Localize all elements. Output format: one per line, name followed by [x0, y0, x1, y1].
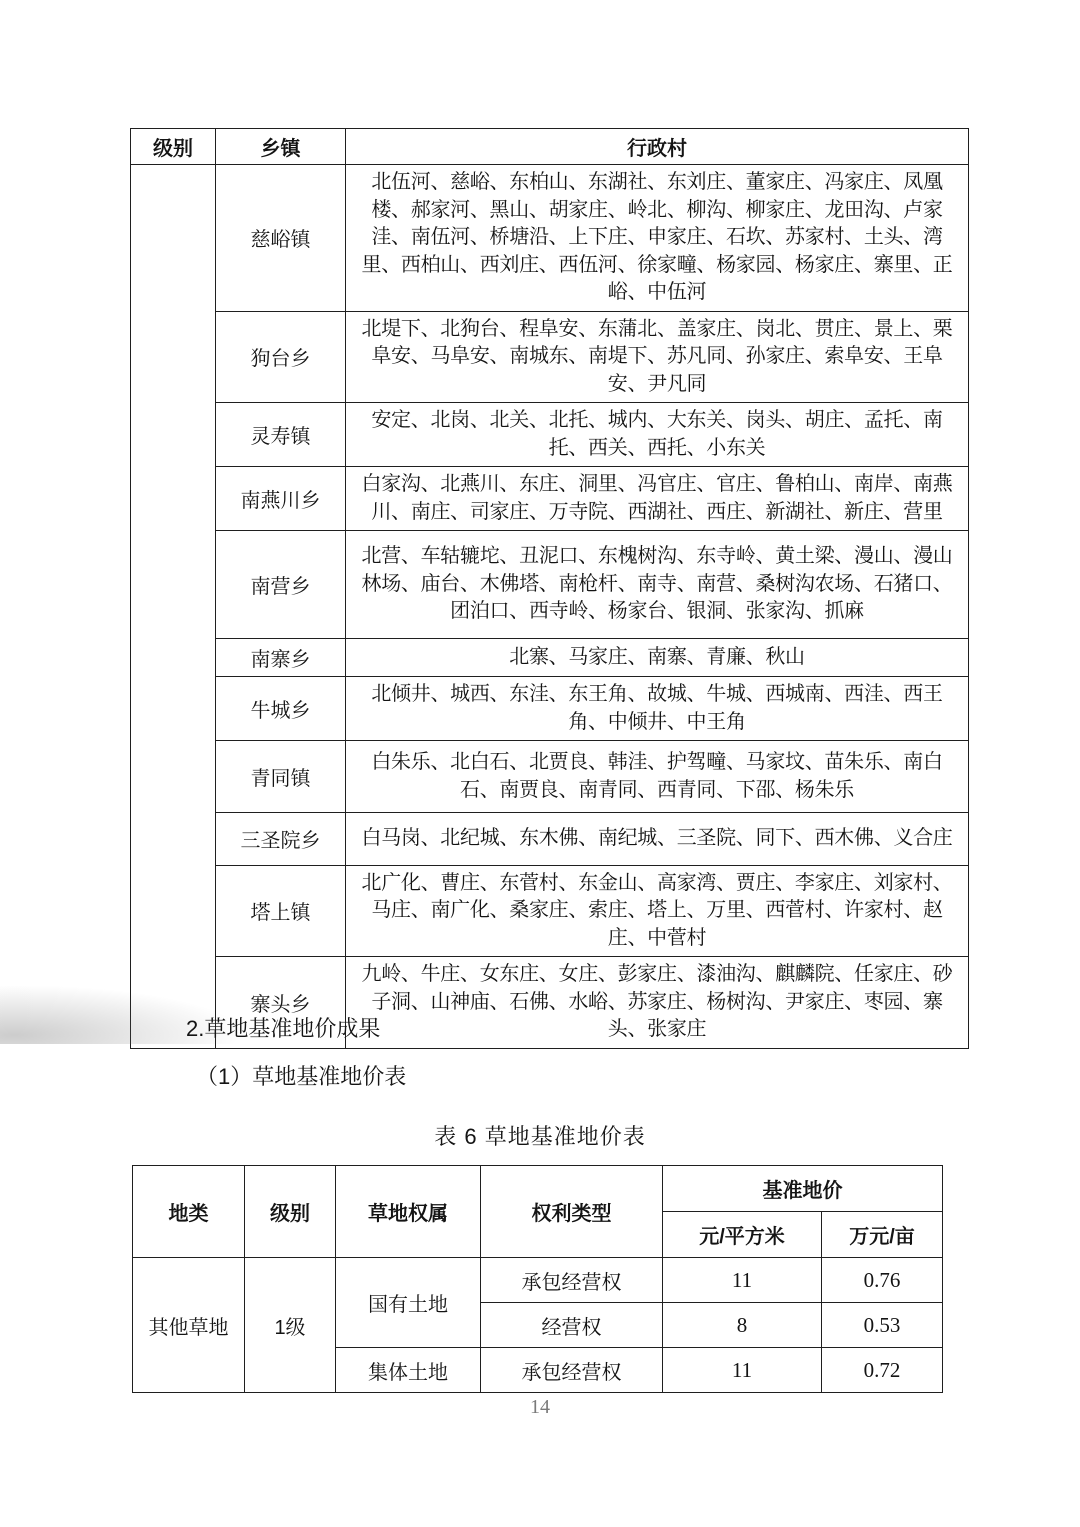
- village-row: 南燕川乡 白家沟、北燕川、东庄、洞里、冯官庄、官庄、鲁柏山、南岸、南燕川、南庄、…: [131, 467, 969, 531]
- col-header-township: 乡镇: [216, 129, 346, 165]
- village-row: 青同镇 白朱乐、北白石、北贾良、韩洼、护驾疃、马家坟、苗朱乐、南白石、南贾良、南…: [131, 741, 969, 813]
- villages-cell: 白朱乐、北白石、北贾良、韩洼、护驾疃、马家坟、苗朱乐、南白石、南贾良、南青同、西…: [346, 741, 969, 813]
- villages-cell: 安定、北岗、北关、北托、城内、大东关、岗头、胡庄、孟托、南托、西关、西托、小东关: [346, 403, 969, 467]
- village-row: 南寨乡 北寨、马家庄、南寨、青廉、秋山: [131, 638, 969, 677]
- village-table-header-row: 级别 乡镇 行政村: [131, 129, 969, 165]
- price-table: 地类 级别 草地权属 权利类型 基准地价 元/平方米 万元/亩 其他草地 1级 …: [132, 1165, 943, 1393]
- villages-cell: 北倾井、城西、东洼、东王角、故城、牛城、西城南、西洼、西王角、中倾井、中王角: [346, 677, 969, 741]
- level-merged-cell: [131, 165, 216, 1049]
- col-header-level: 级别: [131, 129, 216, 165]
- price-table-caption: 表 6 草地基准地价表: [0, 1120, 1080, 1151]
- township-cell: 塔上镇: [216, 865, 346, 957]
- village-row: 灵寿镇 安定、北岗、北关、北托、城内、大东关、岗头、胡庄、孟托、南托、西关、西托…: [131, 403, 969, 467]
- township-cell: 狗台乡: [216, 311, 346, 403]
- level-cell: 1级: [245, 1258, 336, 1393]
- price-table-header-row-1: 地类 级别 草地权属 权利类型 基准地价: [133, 1166, 943, 1212]
- col-header-unit-sqm: 元/平方米: [663, 1212, 822, 1258]
- price-sqm-cell: 8: [663, 1303, 822, 1348]
- price-row: 其他草地 1级 国有土地 承包经营权 11 0.76: [133, 1258, 943, 1303]
- col-header-ownership: 草地权属: [336, 1166, 481, 1258]
- col-header-unit-mu: 万元/亩: [822, 1212, 943, 1258]
- township-cell: 青同镇: [216, 741, 346, 813]
- villages-cell: 九岭、牛庄、女东庄、女庄、彭家庄、漆油沟、麒麟院、任家庄、砂子洞、山神庙、石佛、…: [346, 957, 969, 1049]
- right-type-cell: 经营权: [481, 1303, 663, 1348]
- land-type-cell: 其他草地: [133, 1258, 245, 1393]
- col-header-level: 级别: [245, 1166, 336, 1258]
- village-row: 慈峪镇 北伍河、慈峪、东柏山、东湖社、东刘庄、董家庄、冯家庄、凤凰楼、郝家河、黑…: [131, 165, 969, 312]
- price-sqm-cell: 11: [663, 1258, 822, 1303]
- price-sqm-cell: 11: [663, 1348, 822, 1393]
- villages-cell: 北伍河、慈峪、东柏山、东湖社、东刘庄、董家庄、冯家庄、凤凰楼、郝家河、黑山、胡家…: [346, 165, 969, 312]
- villages-cell: 白马岗、北纪城、东木佛、南纪城、三圣院、同下、西木佛、义合庄: [346, 813, 969, 866]
- township-cell: 牛城乡: [216, 677, 346, 741]
- col-header-benchmark-price: 基准地价: [663, 1166, 943, 1212]
- ownership-cell: 国有土地: [336, 1258, 481, 1348]
- village-row: 狗台乡 北堤下、北狗台、程阜安、东蒲北、盖家庄、岗北、贯庄、景上、栗阜安、马阜安…: [131, 311, 969, 403]
- villages-cell: 北广化、曹庄、东菅村、东金山、高家湾、贾庄、李家庄、刘家村、马庄、南广化、桑家庄…: [346, 865, 969, 957]
- section-heading: 2.草地基准地价成果: [186, 1012, 380, 1043]
- price-mu-cell: 0.72: [822, 1348, 943, 1393]
- villages-cell: 北堤下、北狗台、程阜安、东蒲北、盖家庄、岗北、贯庄、景上、栗阜安、马阜安、南城东…: [346, 311, 969, 403]
- col-header-land-type: 地类: [133, 1166, 245, 1258]
- township-cell: 慈峪镇: [216, 165, 346, 312]
- ownership-cell: 集体土地: [336, 1348, 481, 1393]
- document-page: { "colors": { "text": "#141414", "table_…: [0, 0, 1080, 1527]
- right-type-cell: 承包经营权: [481, 1348, 663, 1393]
- villages-cell: 北营、车轱辘坨、丑泥口、东槐树沟、东寺岭、黄土梁、漫山、漫山林场、庙台、木佛塔、…: [346, 531, 969, 639]
- township-cell: 南营乡: [216, 531, 346, 639]
- col-header-right-type: 权利类型: [481, 1166, 663, 1258]
- price-mu-cell: 0.53: [822, 1303, 943, 1348]
- price-mu-cell: 0.76: [822, 1258, 943, 1303]
- township-cell: 三圣院乡: [216, 813, 346, 866]
- township-cell: 灵寿镇: [216, 403, 346, 467]
- township-cell: 南燕川乡: [216, 467, 346, 531]
- page-number: 14: [0, 1396, 1080, 1419]
- township-cell: 南寨乡: [216, 638, 346, 677]
- right-type-cell: 承包经营权: [481, 1258, 663, 1303]
- village-row: 南营乡 北营、车轱辘坨、丑泥口、东槐树沟、东寺岭、黄土梁、漫山、漫山林场、庙台、…: [131, 531, 969, 639]
- col-header-village: 行政村: [346, 129, 969, 165]
- village-row: 牛城乡 北倾井、城西、东洼、东王角、故城、牛城、西城南、西洼、西王角、中倾井、中…: [131, 677, 969, 741]
- village-row: 三圣院乡 白马岗、北纪城、东木佛、南纪城、三圣院、同下、西木佛、义合庄: [131, 813, 969, 866]
- section-subheading: （1）草地基准地价表: [196, 1060, 406, 1091]
- villages-cell: 北寨、马家庄、南寨、青廉、秋山: [346, 638, 969, 677]
- villages-cell: 白家沟、北燕川、东庄、洞里、冯官庄、官庄、鲁柏山、南岸、南燕川、南庄、司家庄、万…: [346, 467, 969, 531]
- village-table: 级别 乡镇 行政村 慈峪镇 北伍河、慈峪、东柏山、东湖社、东刘庄、董家庄、冯家庄…: [130, 128, 969, 1049]
- village-row: 塔上镇 北广化、曹庄、东菅村、东金山、高家湾、贾庄、李家庄、刘家村、马庄、南广化…: [131, 865, 969, 957]
